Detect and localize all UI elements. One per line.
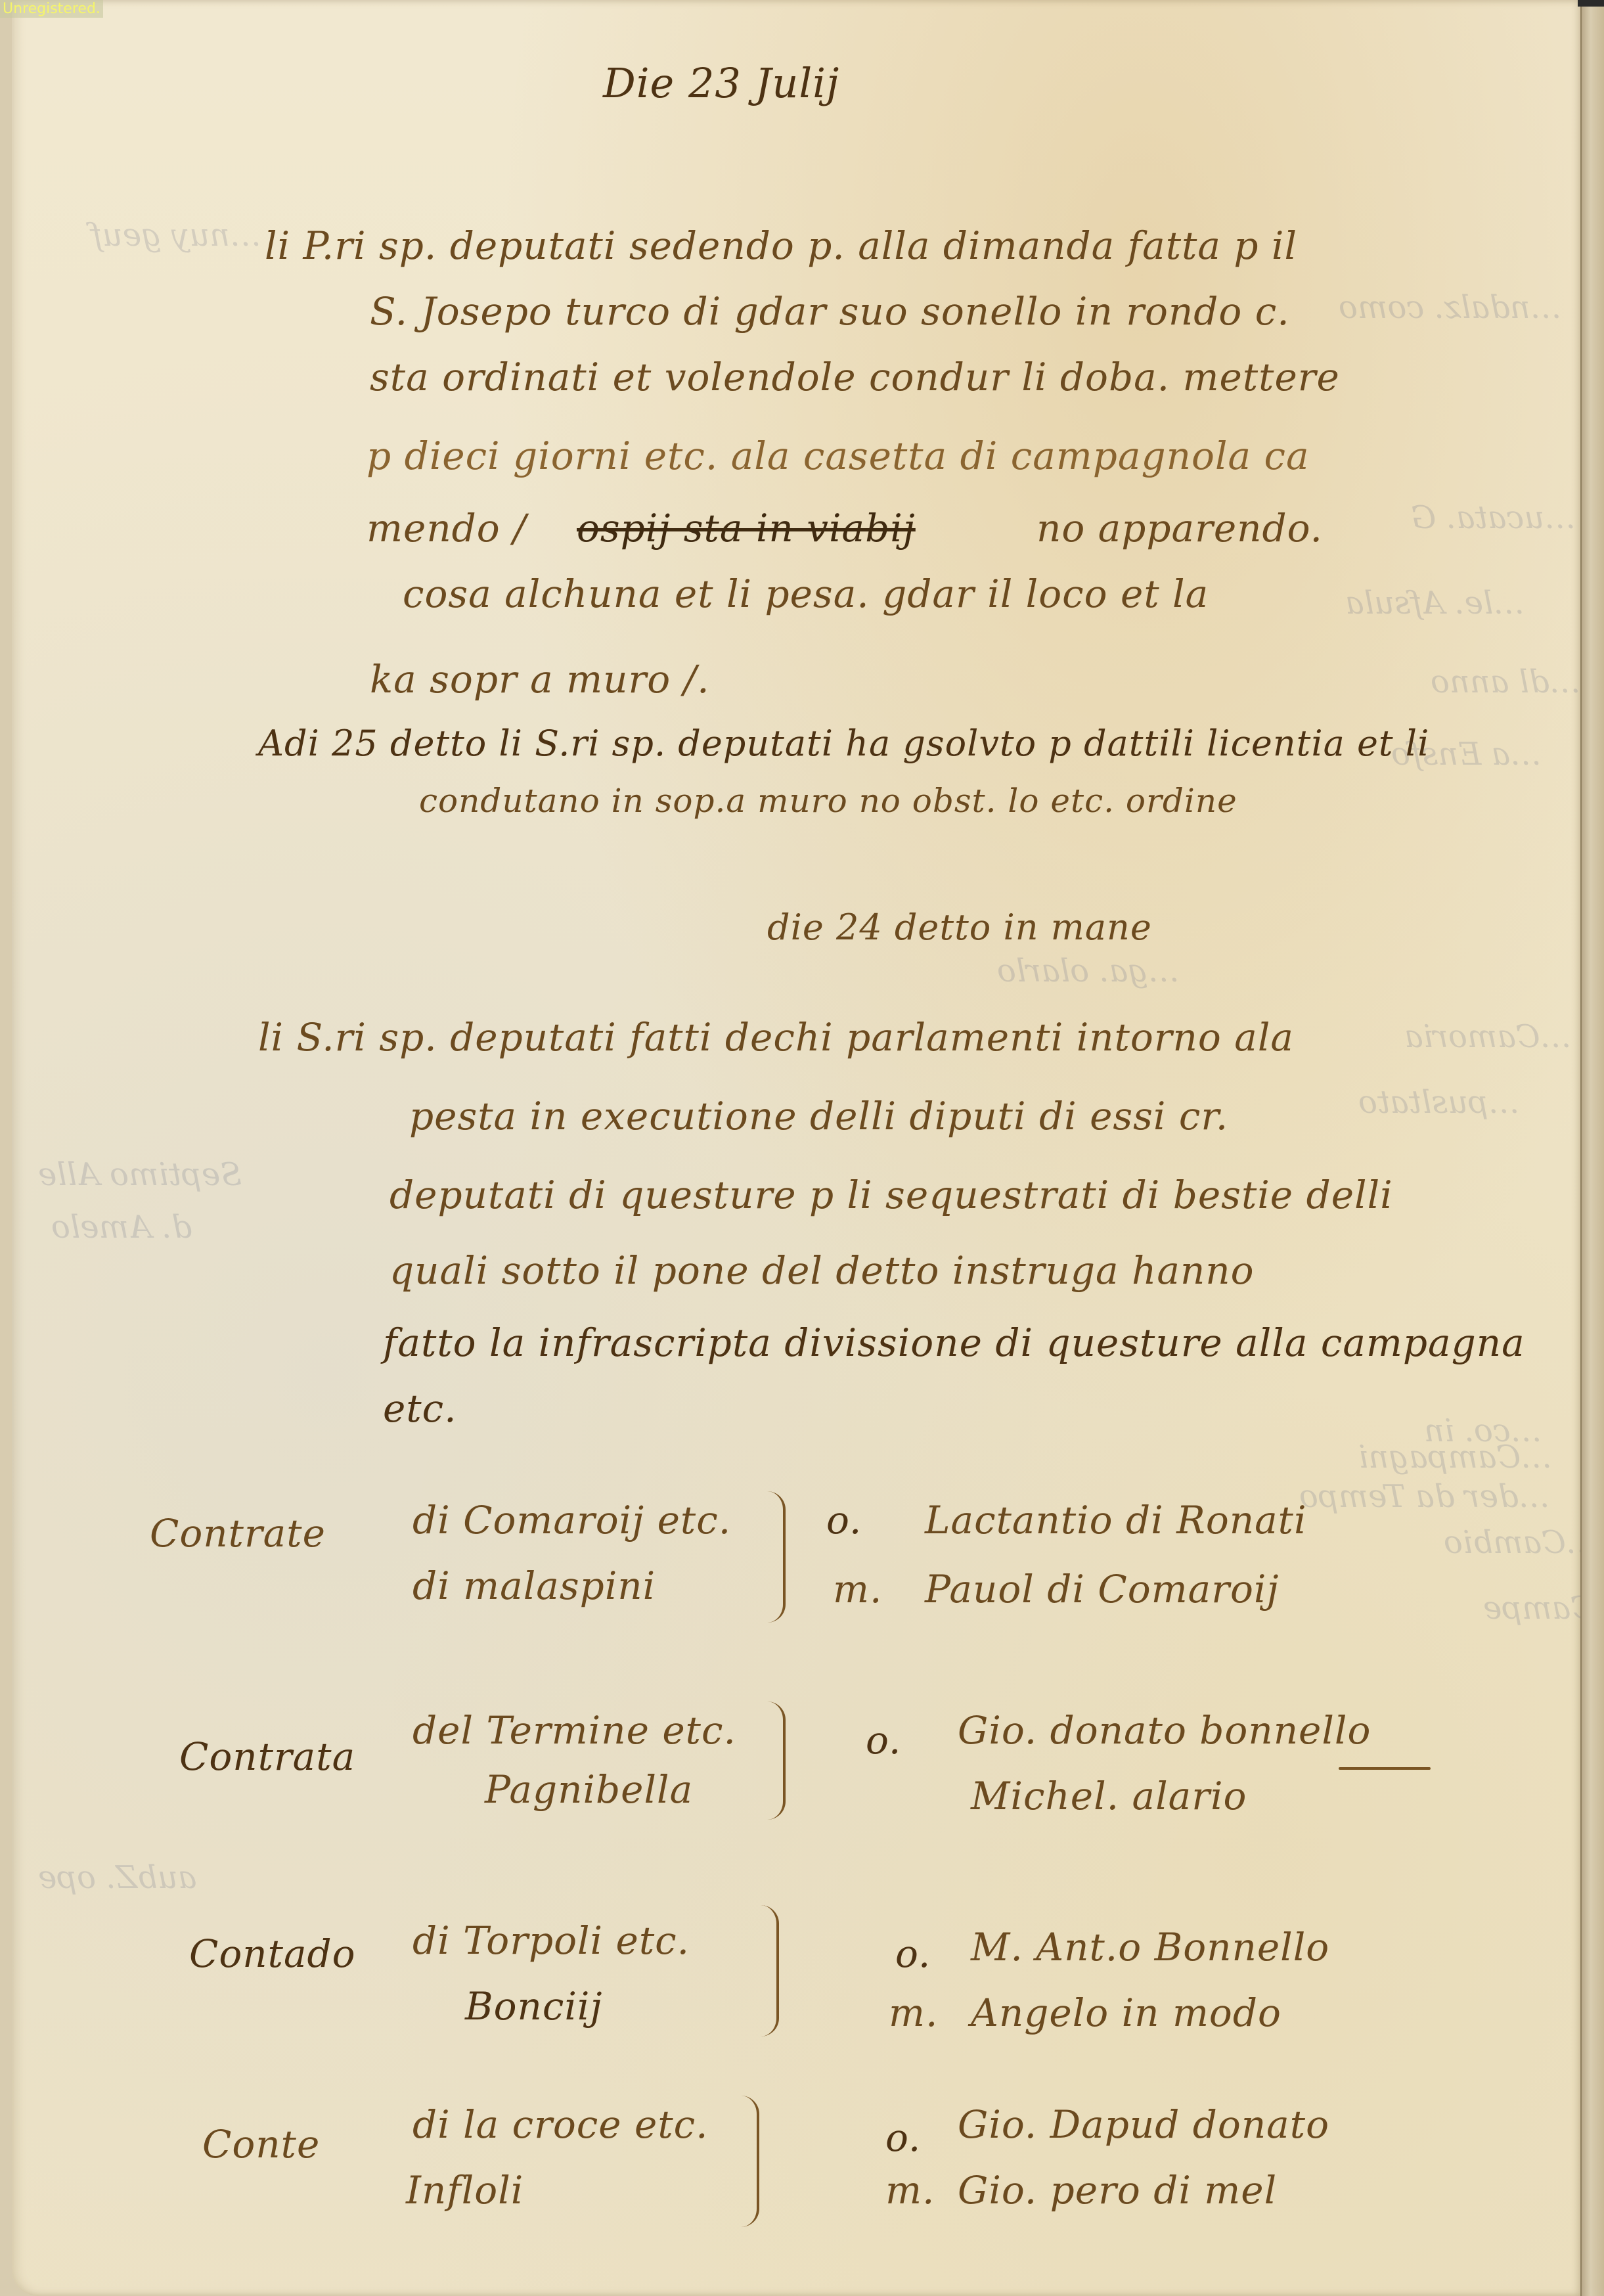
- text-line: mendo /: [367, 506, 527, 551]
- text-line: etc.: [383, 1386, 457, 1431]
- bleed-through-text: Septimo Alle: [38, 1156, 242, 1193]
- member-name: Gio. pero di mel: [958, 2168, 1277, 2213]
- bleed-through-text: d. Amelo: [51, 1209, 192, 1246]
- bleed-through-text: …Campagni: [1358, 1439, 1552, 1475]
- text-line: li S.ri sp. deputati fatti dechi parlame…: [258, 1015, 1294, 1060]
- text-line: deputati di questure p li sequestrati di…: [390, 1173, 1393, 1217]
- bleed-through-text: …dl anno: [1431, 664, 1581, 700]
- member-name: Lactantio di Ronati: [925, 1498, 1307, 1542]
- text-line: li P.ri sp. deputati sedendo p. alla dim…: [265, 223, 1297, 268]
- member-name: M. Ant.o Bonnello: [971, 1925, 1329, 1970]
- scan-shadow: [1578, 0, 1604, 7]
- text-line: S. Josepo turco di gdar suo sonello in r…: [370, 289, 1290, 334]
- text-line: fatto la infrascripta divissione di ques…: [383, 1320, 1525, 1365]
- text-line: cosa alchuna et li pesa. gdar il loco et…: [403, 572, 1209, 616]
- text-line: condutano in sop.a muro no obst. lo etc.…: [419, 782, 1237, 820]
- bleed-through-text: …ndalz. como: [1339, 289, 1562, 326]
- manuscript-page: …nuy geuf …ndalz. como …ucata. G …le. Af…: [12, 0, 1582, 2296]
- bleed-through-text: …ucata. G: [1411, 499, 1576, 536]
- member-name: Pauol di Comaroij: [925, 1567, 1279, 1611]
- district-label: Contrate: [150, 1511, 326, 1556]
- bleed-through-text: …Camoria: [1404, 1018, 1572, 1055]
- member-prefix: o.: [866, 1718, 901, 1763]
- text-line: quali sotto il pone del detto instruga h…: [390, 1248, 1255, 1293]
- district-name: di malaspini: [412, 1564, 656, 1608]
- member-prefix: m.: [889, 1991, 938, 2035]
- text-line: sta ordinati et volendole condur li doba…: [370, 355, 1340, 399]
- text-line: no apparendo.: [1036, 506, 1323, 551]
- member-name: Michel. alario: [971, 1774, 1247, 1818]
- text-line: Adi 25 detto li S.ri sp. deputati ha gso…: [258, 723, 1429, 764]
- district-name: di la croce etc.: [412, 2102, 709, 2147]
- bleed-through-text: …Cambio: [1444, 1524, 1597, 1561]
- district-name: del Termine etc.: [412, 1708, 736, 1753]
- date-heading: Die 23 Julij: [603, 59, 839, 107]
- district-name: di Torpoli etc.: [412, 1918, 690, 1963]
- text-line: ka sopr a muro /.: [370, 657, 710, 702]
- district-label: Conte: [202, 2122, 320, 2167]
- text-line: pesta in executione delli diputi di essi…: [409, 1094, 1228, 1138]
- text-line: p dieci giorni etc. ala casetta di campa…: [367, 434, 1310, 478]
- district-label: Contado: [189, 1931, 356, 1976]
- district-name: Infloli: [406, 2168, 524, 2213]
- member-name: Gio. Dapud donato: [958, 2102, 1329, 2147]
- member-name: Angelo in modo: [971, 1991, 1281, 2035]
- member-prefix: m.: [885, 2168, 935, 2213]
- bleed-through-text: …le. Afsula: [1345, 585, 1525, 621]
- member-prefix: m.: [833, 1567, 882, 1611]
- bleed-through-text: …pusltato: [1358, 1084, 1520, 1121]
- date-heading: die 24 detto in mane: [767, 907, 1152, 948]
- district-name: Bonciij: [465, 1984, 602, 2029]
- brace: [741, 2096, 759, 2227]
- district-name: di Comaroij etc.: [412, 1498, 731, 1542]
- member-name: Gio. donato bonnello: [958, 1708, 1371, 1753]
- unregistered-watermark: Unregistered.: [0, 0, 103, 18]
- member-prefix: o.: [895, 1931, 931, 1976]
- bleed-through-text: aubZ. ope: [38, 1859, 196, 1896]
- brace: [761, 1905, 779, 2037]
- dash-mark: [1339, 1767, 1431, 1770]
- brace: [767, 1491, 786, 1623]
- adjacent-page-edge: [1580, 0, 1604, 2296]
- member-prefix: o.: [826, 1498, 862, 1542]
- bleed-through-text: …ga. olarlo: [997, 953, 1180, 989]
- brace: [767, 1701, 786, 1820]
- member-prefix: o.: [885, 2115, 921, 2160]
- bleed-through-text: …nuy geuf: [91, 217, 261, 254]
- district-name: Pagnibella: [485, 1767, 693, 1812]
- district-label: Contrata: [179, 1734, 355, 1779]
- struck-through-text: ospij sta in viabij: [577, 506, 916, 551]
- bleed-through-text: …co. in: [1424, 1412, 1542, 1449]
- bleed-through-text: …der da Tempo: [1299, 1478, 1550, 1515]
